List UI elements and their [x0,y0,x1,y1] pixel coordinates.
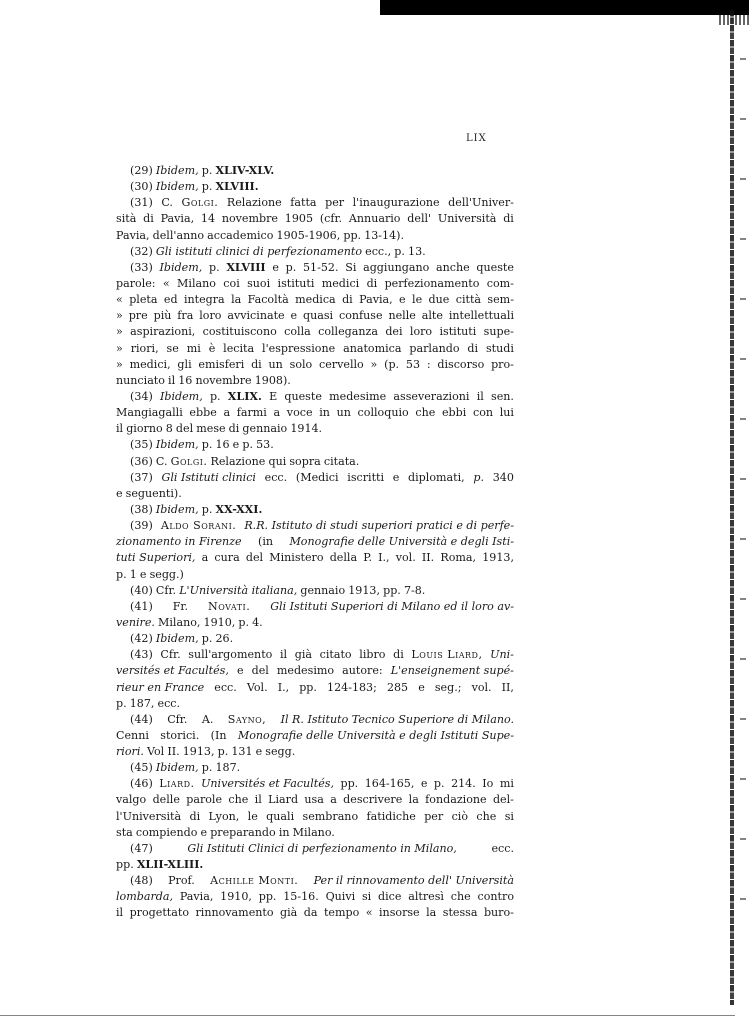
text-segment: medici [322,276,360,292]
text-segment: Universités et Facultés, [201,776,334,792]
text-line: parole:«Milanocoisuoiistitutimedicidiper… [116,276,514,292]
text-segment: (45) [130,760,153,776]
text-segment: e [393,470,400,486]
text-segment: (43) [130,647,153,663]
text-segment: » [116,357,123,373]
text-segment: anatomica [343,341,401,357]
text-segment: p. [202,163,213,179]
text-segment: XLIX. [228,389,262,405]
text-segment: qui [268,454,286,470]
text-segment: il [280,647,287,663]
text-segment: del [252,663,269,679]
text-segment: medesimo [277,663,334,679]
text-segment: dell'Univer- [448,195,514,211]
text-segment: perfezionamento [385,276,480,292]
text-segment: usa [304,792,323,808]
text-segment: Ibidem, [160,389,203,405]
text-segment: ecc. [491,841,514,857]
text-segment: Mangiagalli [116,405,183,421]
text-segment: p. [218,744,229,760]
text-segment: (40) [130,583,153,599]
text-segment: se [167,341,179,357]
text-segment: mi [500,776,514,792]
text-line: »aspirazioni,costituisconocollacolleganz… [116,324,514,340]
text-line: «pletaedintegralaFacoltàmedicadiPavia,el… [116,292,514,308]
text-segment: si [362,889,371,905]
text-line: venire.Milano,1910,p.4. [116,615,514,631]
text-segment: del [246,550,263,566]
text-segment: (37) [130,470,153,486]
text-segment: 16 [215,437,229,453]
text-segment: cura [214,550,239,566]
text-segment: p. [394,244,405,260]
text-segment: p. [286,260,297,276]
text-line: (30)Ibidem,p.XLVIII. [116,179,514,195]
text-line: ilprogettatorinnovamentogiàdatempo«insor… [116,905,514,921]
text-segment: tempo [324,905,359,921]
text-segment: è [209,341,216,357]
text-segment: l'Università [116,809,181,825]
text-segment: 1908). [255,373,291,389]
text-segment: e [418,680,425,696]
text-segment: p. [202,179,213,195]
text-segment: discorso [437,357,484,373]
text-segment: che [451,889,471,905]
scan-page-edge-marks [740,30,746,930]
text-line: versités et Facultés,edelmedesimoautore:… [116,663,514,679]
text-segment: lui [500,405,514,421]
text-segment: altresì [408,889,444,905]
text-segment: seguenti). [126,486,182,502]
text-segment: aspirazioni, [130,324,195,340]
text-line: (36)C.Golgi.Relazionequisopracitata. [116,454,514,470]
text-line: (37)Gli Istituti cliniciecc.(Mediciiscri… [116,470,514,486]
text-segment: fatidiche [367,809,416,825]
text-line: (41)Fr.Novati.Gli Istituti Superiori di … [116,599,514,615]
text-segment: Ministero [269,550,323,566]
text-segment: il [116,421,123,437]
text-segment: Vol [147,744,164,760]
text-segment: rieur en France [116,680,204,696]
text-segment: I., [378,550,389,566]
text-segment: (41) [130,599,153,615]
text-segment: già [295,647,312,663]
text-segment: p. [434,776,445,792]
text-segment: dell'anno [153,228,204,244]
text-segment: contro [478,889,514,905]
text-segment: 164-165, [365,776,415,792]
text-line: Pavia,dell'annoaccademico1905-1906,pp.13… [116,228,514,244]
text-segment: 1913, [348,583,380,599]
text-line: (47)Gli Istituti Clinici di perfezioname… [116,841,514,857]
text-segment: Ibidem, [156,502,199,518]
text-segment: per [424,809,443,825]
text-segment: ecc. [214,680,237,696]
text-segment: alte [422,308,443,324]
text-line: »riori,semièlecital'espressioneanatomica… [116,341,514,357]
text-segment: XLVIII [226,260,265,276]
text-segment: citata. [324,454,359,470]
text-segment: I., [278,680,289,696]
text-segment: (p. [384,357,399,373]
text-segment: ed [164,292,178,308]
text-segment: a [330,792,337,808]
text-segment: sità [116,211,136,227]
text-line: »medici,gliemisferidiunsolocervello»(p.5… [116,357,514,373]
text-segment: 1913, [482,550,514,566]
text-segment: e [421,776,428,792]
text-segment: Pavia, [359,292,393,308]
scan-binding-edge [730,10,734,1005]
text-segment: di [367,276,378,292]
text-segment: « [163,276,170,292]
text-segment: ciò [452,809,468,825]
text-segment: istituti [278,276,315,292]
text-segment: Gli Istituti Clinici di perfezionamento … [187,841,456,857]
text-line: pp.XLII-XLIII. [116,857,514,873]
text-segment: di [251,357,262,373]
text-segment: di [503,211,514,227]
text-segment: (32) [130,244,153,260]
footnotes-block: (29)Ibidem,p.XLIV-XLV.(30)Ibidem,p.XLVII… [116,163,514,922]
text-segment: emisferi [198,357,244,373]
text-segment: : [427,357,431,373]
text-segment: (42) [130,631,153,647]
text-segment: istituti [439,324,476,340]
text-line: ilgiorno8delmesedigennaio1914. [116,421,514,437]
text-segment: e [291,308,298,324]
text-segment: XX-XXI. [215,502,262,518]
text-segment: ebbe [189,405,216,421]
text-segment: Fr. [173,599,188,615]
text-segment: di [189,809,200,825]
text-segment: del [176,421,193,437]
text-segment: 1913, [183,744,215,760]
text-segment: anche [436,260,470,276]
text-segment: di [393,647,404,663]
text-segment: II, [502,680,514,696]
text-segment: Prof. [168,873,195,889]
text-segment: pp. [343,228,361,244]
text-segment: L'enseignement supé- [391,663,514,679]
text-segment: sopra [289,454,320,470]
text-segment: e [140,567,147,583]
text-segment: accademico [207,228,273,244]
text-segment: colleganza [318,324,378,340]
text-segment: voce [287,405,313,421]
text-segment: lecita [223,341,254,357]
text-segment: mese [196,421,225,437]
text-segment: l'espressione [262,341,335,357]
text-segment: Ibidem, [160,260,203,276]
text-segment: (36) [130,454,153,470]
text-segment: (35) [130,437,153,453]
text-segment: (In [211,728,227,744]
text-segment: 15-16. [283,889,319,905]
text-segment: queste [284,389,322,405]
text-segment: a [223,405,230,421]
text-segment: colloquio [358,405,409,421]
text-segment: citato [320,647,352,663]
text-segment: queste [476,260,514,276]
text-segment: pleta [129,292,157,308]
text-segment: giorno [126,421,162,437]
text-segment: in [279,825,290,841]
text-segment: e [272,260,279,276]
text-segment: Golgi. [171,454,208,470]
text-line: tuti Superiori,acuradelMinisterodellaP.I… [116,550,514,566]
text-segment: suoi [247,276,270,292]
text-line: stacompiendoepreparandoinMilano. [116,825,514,841]
text-segment: Pavia, [161,211,195,227]
text-segment: storici. [160,728,199,744]
text-segment: un [337,405,351,421]
text-segment: rinnovamento [195,905,273,921]
page-number: LIX [466,133,487,144]
text-segment: pp. [340,776,358,792]
text-segment: di [342,292,353,308]
text-segment: Novati. [208,599,250,615]
text-line: (34)Ibidem,p.XLIX.Equestemedesimeassever… [116,389,514,405]
text-line: p.1esegg.) [116,567,514,583]
text-segment: p. [210,389,221,405]
text-segment: 1910, [220,889,252,905]
text-line: (44)Cfr.A.Sayno,Il R. Istituto Tecnico S… [116,712,514,728]
text-segment: p. [202,631,213,647]
text-segment: Gli Istituti Superiori di Milano ed il l… [270,599,514,615]
text-segment: C. [161,195,173,211]
text-segment: valgo [116,792,146,808]
text-line: nunciatoil16novembre1908). [116,373,514,389]
text-segment: 285 [387,680,408,696]
text-segment: Annuario [349,211,401,227]
text-segment: Ibidem, [156,163,199,179]
text-segment: R.R. Istituto di studi superiori pratici… [244,518,514,534]
text-segment: Facoltà [248,292,289,308]
text-segment: tuti Superiori, [116,550,195,566]
text-segment: dell' [407,211,431,227]
text-segment: città [456,292,481,308]
text-segment: delle [153,792,180,808]
text-segment: 53. [256,437,274,453]
text-segment: coi [223,276,239,292]
text-segment: » [116,324,123,340]
text-segment: E [269,389,277,405]
text-segment: buro- [484,905,514,921]
text-segment: Cfr. [160,647,180,663]
text-segment: compiendo [136,825,198,841]
text-segment: 1905 [285,211,313,227]
text-segment: farmi [237,405,267,421]
text-line: riori.VolII.1913,p.131esegg. [116,744,514,760]
text-segment: la [409,792,419,808]
text-segment: (30) [130,179,153,195]
text-segment: (38) [130,502,153,518]
text-segment: ebbi [442,405,466,421]
text-segment: Milano [177,276,216,292]
text-segment: ecc., [365,244,391,260]
text-segment: quasi [303,308,333,324]
text-segment: fatta [290,195,316,211]
text-segment: diplomati, [408,470,465,486]
text-segment: Università [438,211,497,227]
text-segment: (33) [130,260,153,276]
text-segment: Cenni [116,728,149,744]
text-segment: il [477,389,484,405]
text-segment: Monografie delle Università e degli Isti… [238,728,514,744]
text-segment: 13. [408,244,426,260]
text-segment: Ibidem, [156,760,199,776]
text-segment: p. [473,470,484,486]
text-segment: A. [202,712,214,728]
text-segment: le [412,292,422,308]
text-line: eseguenti). [116,486,514,502]
text-segment: ecc. [158,696,181,712]
text-line: (31)C.Golgi.Relazionefattaperl'inauguraz… [116,195,514,211]
text-segment: 8 [166,421,173,437]
text-segment: la [231,292,241,308]
text-segment: si [505,809,514,825]
text-segment: 1 [130,567,137,583]
text-segment: sembrano [303,809,359,825]
text-segment: 1905-1906, [277,228,341,244]
text-segment: integra [184,292,225,308]
text-segment: a [202,550,209,566]
text-segment: intellettuali [449,308,514,324]
text-segment: Lyon, [209,809,240,825]
text-segment: Pavia, [180,889,214,905]
text-segment: 53 [406,357,420,373]
text-segment: dei [385,324,402,340]
text-segment: nelle [388,308,415,324]
text-segment: Il R. Istituto Tecnico Superiore di Mila… [281,712,514,728]
text-segment: gennaio [242,421,287,437]
text-segment: un [269,357,283,373]
text-segment: supe- [484,324,514,340]
text-segment: (in [258,534,273,550]
text-segment: della [330,550,357,566]
text-segment: 7-8. [404,583,425,599]
text-segment: fra [177,308,193,324]
text-segment: 187. [215,760,240,776]
text-segment: descrivere [343,792,402,808]
text-segment: 1910, [204,615,236,631]
text-line: (48)Prof.Achille Monti.Per il rinnovamen… [116,873,514,889]
text-segment: il [255,792,262,808]
text-segment: parole [186,792,222,808]
text-segment: e [116,486,123,502]
text-segment: gennaio [300,583,345,599]
text-segment: quali [266,809,294,825]
text-segment: riori, [131,341,159,357]
text-segment: Pavia, [116,228,150,244]
text-segment: (46) [130,776,153,792]
text-segment: p. [238,615,249,631]
text-segment: (34) [130,389,153,405]
text-segment: fondazione [425,792,486,808]
text-segment: vol. [396,550,416,566]
text-segment: a [274,405,281,421]
text-segment: parlando [409,341,459,357]
text-segment: già [280,905,297,921]
text-line: »prepiùfraloroavvicinateequasiconfusenel… [116,308,514,324]
text-segment: C. [156,454,168,470]
text-segment: sen. [491,389,514,405]
text-segment: pro- [491,357,514,373]
text-segment: sta [116,825,133,841]
text-segment: insorse [379,905,420,921]
text-line: p.187,ecc. [116,696,514,712]
text-segment: parole: [116,276,156,292]
text-segment: p. [116,567,127,583]
text-segment: di [143,211,154,227]
text-line: zionamento in Firenze(inMonografie delle… [116,534,514,550]
text-segment: dice [378,889,401,905]
text-segment: medesime [329,389,386,405]
text-segment: 13-14). [364,228,404,244]
text-line: (42)Ibidem,p.26. [116,631,514,647]
text-segment: progettato [130,905,189,921]
text-segment: 51-52. [303,260,339,276]
text-segment: « [366,905,373,921]
text-segment: Monografie delle Università e degli Isti… [289,534,514,550]
text-segment: preparando [210,825,276,841]
text-segment: lombarda, [116,889,173,905]
text-segment: XLIV-XLV. [215,163,274,179]
text-segment: 214. [451,776,476,792]
text-segment: P. [363,550,372,566]
text-segment: solo [290,357,313,373]
text-segment: (cfr. [320,211,342,227]
text-segment: che [228,792,248,808]
text-segment: (44) [130,712,153,728]
text-segment: zionamento in Firenze [116,534,242,550]
text-segment: 26. [215,631,233,647]
text-segment: Uni- [490,647,514,663]
text-line: (38)Ibidem,p.XX-XXI. [116,502,514,518]
text-segment: Achille Monti. [210,873,298,889]
text-segment: medici, [130,357,171,373]
text-segment: la [426,905,436,921]
text-segment: com- [487,276,514,292]
text-segment: Vol. [247,680,268,696]
text-segment: e [256,744,263,760]
text-segment: il [168,373,175,389]
text-line: (32)Gli istituti clinici di perfezioname… [116,244,514,260]
text-segment: Sayno, [228,712,266,728]
text-segment: loro [199,308,221,324]
text-segment: p. [202,760,213,776]
text-segment: due [429,292,450,308]
text-segment: libro [359,647,385,663]
text-segment: confuse [339,308,383,324]
text-segment: costituiscono [203,324,277,340]
text-segment: e [233,437,240,453]
text-segment: Louis Liard, [411,647,482,663]
text-line: (29)Ibidem,p.XLIV-XLV. [116,163,514,179]
text-line: (33)Ibidem,p.XLVIIIep.51-52.Siaggiungano… [116,260,514,276]
text-segment: vol. [472,680,492,696]
text-segment: p. [209,260,220,276]
text-segment: » [116,341,123,357]
text-segment: segg. [265,744,295,760]
text-segment: Cfr. [167,712,187,728]
text-segment: Milano. [293,825,335,841]
text-line: lombarda,Pavia,1910,pp.15-16.Quivisidice… [116,889,514,905]
text-segment: Ibidem, [156,631,199,647]
text-line: (35)Ibidem,p.16ep.53. [116,437,514,453]
text-segment: medica [295,292,336,308]
